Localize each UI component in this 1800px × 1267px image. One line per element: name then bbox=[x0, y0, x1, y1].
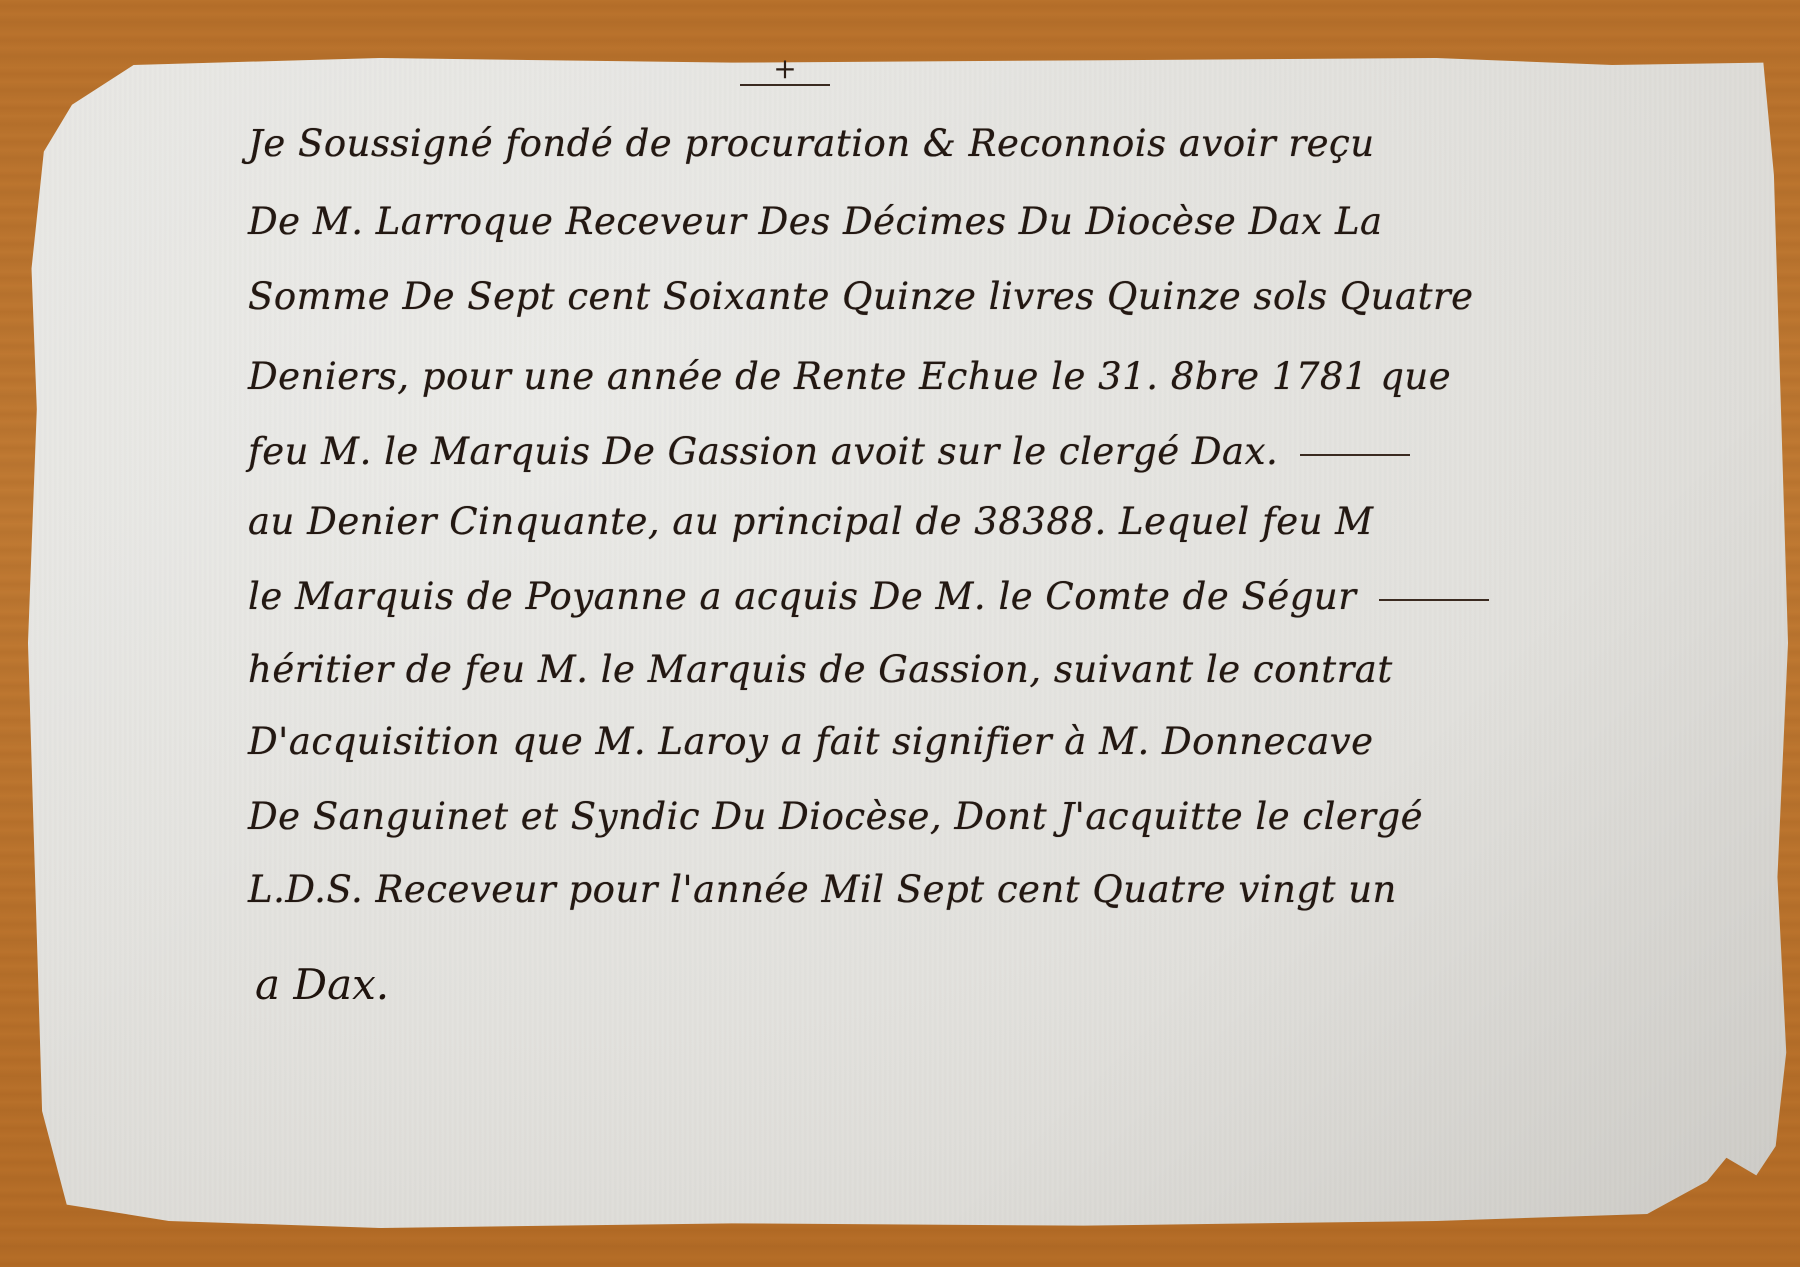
line-filler-stroke bbox=[1300, 454, 1410, 456]
line-text: Somme De Sept cent Soixante Quinze livre… bbox=[248, 275, 1474, 318]
text-line-7: le Marquis de Poyanne a acquis De M. le … bbox=[248, 575, 1489, 618]
line-text: héritier de feu M. le Marquis de Gassion… bbox=[248, 648, 1393, 691]
line-text: le Marquis de Poyanne a acquis De M. le … bbox=[248, 575, 1356, 618]
text-line-3: Somme De Sept cent Soixante Quinze livre… bbox=[248, 275, 1474, 318]
line-text: Je Soussigné fondé de procuration & Reco… bbox=[248, 122, 1375, 165]
line-text: De Sanguinet et Syndic Du Diocèse, Dont … bbox=[248, 795, 1423, 838]
text-line-5: feu M. le Marquis De Gassion avoit sur l… bbox=[248, 430, 1410, 473]
line-text: D'acquisition que M. Laroy a fait signif… bbox=[248, 720, 1374, 763]
line-text: De M. Larroque Receveur Des Décimes Du D… bbox=[248, 200, 1383, 243]
text-line-2: De M. Larroque Receveur Des Décimes Du D… bbox=[248, 200, 1383, 243]
line-text: au Denier Cinquante, au principal de 383… bbox=[248, 500, 1374, 543]
text-line-11: L.D.S. Receveur pour l'année Mil Sept ce… bbox=[248, 868, 1397, 911]
header-cross-mark: + bbox=[740, 64, 830, 86]
closing-place: a Dax. bbox=[255, 960, 389, 1009]
line-text: Deniers, pour une année de Rente Echue l… bbox=[248, 355, 1451, 398]
line-text: feu M. le Marquis De Gassion avoit sur l… bbox=[248, 430, 1278, 473]
line-text: L.D.S. Receveur pour l'année Mil Sept ce… bbox=[248, 868, 1397, 911]
line-filler-stroke bbox=[1379, 599, 1489, 601]
text-line-8: héritier de feu M. le Marquis de Gassion… bbox=[248, 648, 1393, 691]
text-line-10: De Sanguinet et Syndic Du Diocèse, Dont … bbox=[248, 795, 1423, 838]
text-line-4: Deniers, pour une année de Rente Echue l… bbox=[248, 355, 1451, 398]
text-line-1: Je Soussigné fondé de procuration & Reco… bbox=[248, 122, 1375, 165]
text-line-9: D'acquisition que M. Laroy a fait signif… bbox=[248, 720, 1374, 763]
text-line-6: au Denier Cinquante, au principal de 383… bbox=[248, 500, 1374, 543]
